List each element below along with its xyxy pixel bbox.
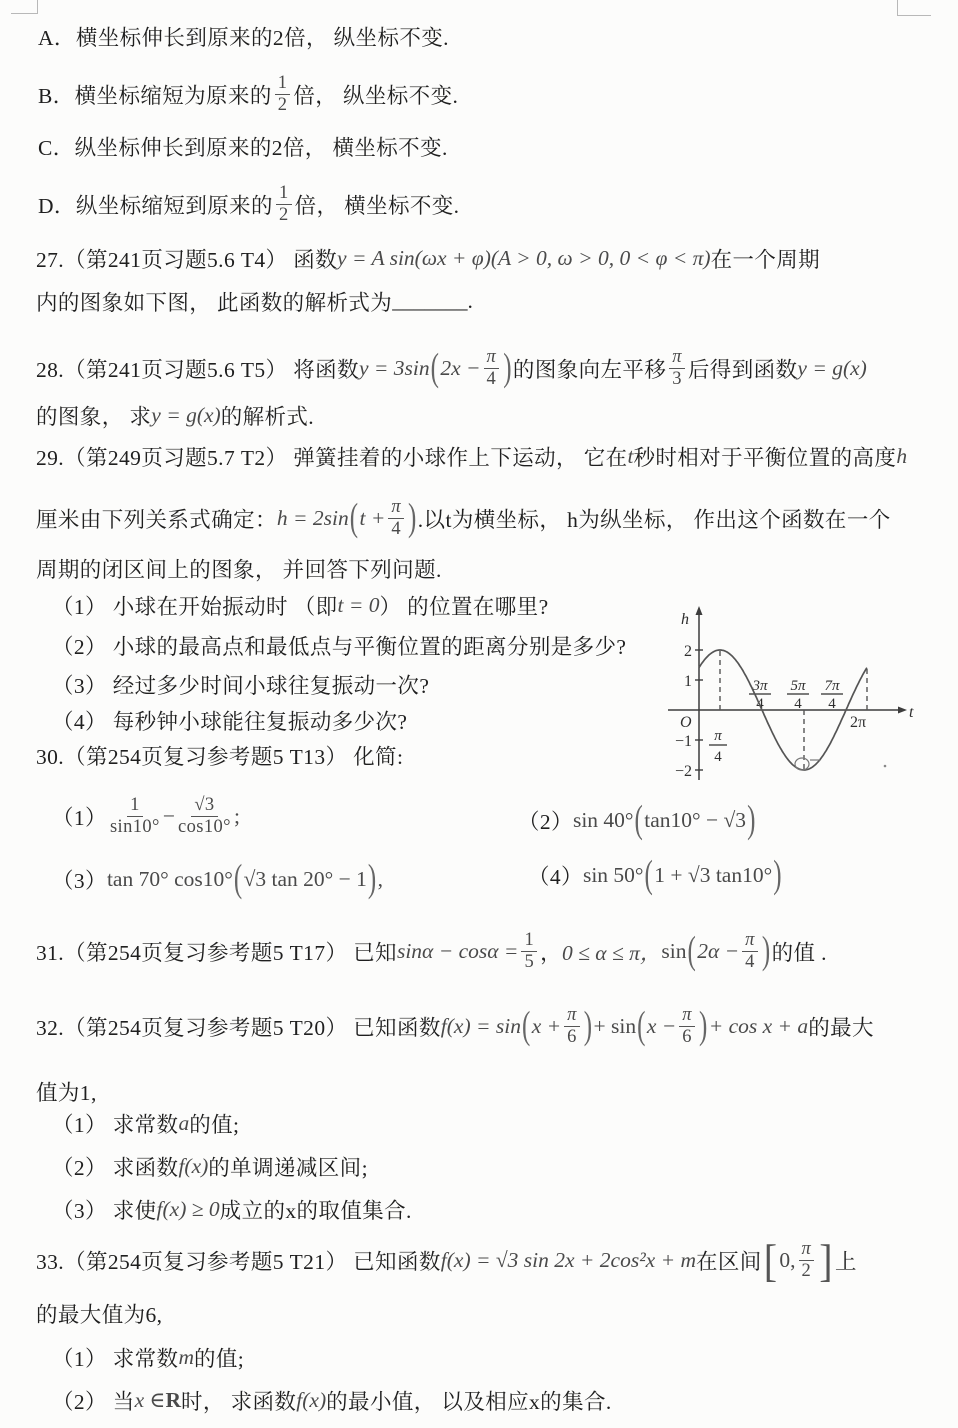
right-paren: ) (503, 347, 512, 390)
q4-text: （4） 每秒钟小球能往复振动多少次? (52, 705, 407, 736)
x-tick-5pi4-num: 5π (790, 678, 806, 694)
problem-29-question-4: （4） 每秒钟小球能往复振动多少次? (52, 705, 407, 736)
x-axis-arrow (898, 707, 907, 714)
fraction-pi-over-4: π 4 (484, 348, 500, 390)
x-tick-7pi4-num: 7π (824, 678, 840, 694)
problem-31-condition: 0 ≤ α ≤ π， (562, 936, 661, 967)
fraction-denominator: 4 (487, 369, 497, 389)
x-tick-2pi: 2π (850, 714, 866, 731)
q3-text: （3） 经过多少时间小球往复振动一次? (52, 669, 429, 700)
fraction-denominator: 5 (524, 952, 534, 972)
problem-27-head: 27.（第241页习题5.6 T4） 函数 (36, 243, 337, 274)
fraction-denominator: 4 (745, 952, 755, 972)
problem-30-item-1: （1） 1 sin10° − √3 cos10° ; (52, 796, 240, 838)
fraction-numerator: π (799, 1240, 815, 1261)
left-paren: ( (635, 799, 644, 842)
inequality-fx: f(x) ≥ 0 (157, 1197, 220, 1222)
problem-32-op1: + sin (594, 1014, 637, 1039)
right-paren: ) (584, 1005, 593, 1048)
constant-a: a (178, 1111, 189, 1136)
problem-33-tail: 上 (835, 1245, 857, 1276)
item-4-inner: 1 + √3 tan10° (654, 863, 772, 888)
problem-32-op2: + cos x + a (709, 1014, 808, 1039)
q2-text-2: 时， 求函数 (181, 1385, 296, 1416)
item-3-end: , (378, 867, 383, 892)
problem-28-line2-pre: 的图象， 求 (36, 400, 151, 431)
left-paren: ( (688, 930, 697, 973)
problem-28-line-2: 的图象， 求 y = g(x) 的解析式. (36, 400, 314, 431)
q1-text-2: 的值; (194, 1342, 244, 1373)
problem-27-line2-text: 内的图象如下图， 此函数的解析式为 (36, 286, 392, 317)
q2-text: （2） 当 (52, 1385, 135, 1416)
problem-32-head: 32.（第254页复习参考题5 T20） 已知函数 (36, 1011, 441, 1042)
scan-artifact-dot (884, 765, 887, 768)
fraction-numerator: π (484, 348, 500, 369)
item-2-inner: tan10° − √3 (644, 808, 746, 833)
problem-27-period: . (467, 289, 473, 314)
problem-32-t1-inner: x + (532, 1014, 561, 1039)
fraction-denominator: 2 (279, 205, 289, 225)
fraction-numerator: 1 (275, 74, 291, 95)
page-margin-corner-right (897, 0, 931, 16)
problem-28-mid: 的图象向左平移 (513, 353, 666, 384)
q1-text: （1） 小球在开始振动时 （即 (52, 590, 338, 621)
right-paren: ) (747, 799, 756, 842)
fraction-numerator: 1 (521, 931, 537, 952)
x-tick-pi4-num: π (714, 728, 722, 744)
y-axis-label: h (681, 611, 689, 628)
problem-33-question-2: （2） 当 x ∈ R 时， 求函数 f(x) 的最小值， 以及相应x的集合. (52, 1385, 612, 1416)
fraction-numerator: 1 (127, 796, 143, 817)
right-paren: ) (368, 858, 377, 901)
fraction-sqrt3-over-cos10: √3 cos10° (178, 796, 231, 838)
problem-28-gfun: y = g(x) (797, 356, 866, 381)
y-axis-arrow (696, 606, 703, 615)
x-axis-label: t (909, 704, 914, 721)
fraction-numerator: π (388, 498, 404, 519)
document-page: A．横坐标伸长到原来的2倍， 纵坐标不变. B．横坐标缩短为原来的 1 2 倍，… (0, 0, 958, 1428)
problem-30-item-4: （4） sin 50° ( 1 + √3 tan10° ) (528, 860, 783, 891)
problem-32-line2-text: 值为1, (36, 1076, 97, 1107)
interval-zero: 0, (779, 1248, 795, 1273)
left-paren: ( (431, 347, 440, 390)
problem-29-text-2: 秒时相对于平衡位置的高度 (634, 441, 897, 472)
problem-33-question-1: （1） 求常数 m 的值; (52, 1342, 244, 1373)
constant-m: m (178, 1345, 194, 1370)
problem-28-line-1: 28.（第241页习题5.6 T5） 将函数 y = 3sin ( 2x − π… (36, 348, 867, 390)
option-a-text: A．横坐标伸长到原来的2倍， 纵坐标不变. (38, 21, 449, 52)
problem-28-line2-post: 的解析式. (221, 400, 314, 431)
fraction-pi-over-4: π 4 (388, 498, 404, 540)
right-paren: ) (699, 1005, 708, 1048)
y-tick-1: 1 (684, 673, 692, 690)
problem-32-line-2: 值为1, (36, 1076, 97, 1107)
problem-28-formula-pre: y = 3sin (359, 356, 430, 381)
item-4-label: （4） (528, 860, 583, 891)
q3-text: （3） 求使 (52, 1194, 157, 1225)
q1-text: （1） 求常数 (52, 1108, 178, 1139)
fraction-numerator: π (564, 1006, 580, 1027)
problem-30-item-2: （2） sin 40° ( tan10° − √3 ) (518, 805, 757, 836)
problem-29-line-2: 厘米由下列关系式确定： h = 2sin ( t + π 4 ) .以t为横坐标… (36, 498, 891, 540)
function-fx: f(x) (296, 1388, 326, 1413)
x-tick-7pi4-den: 4 (828, 696, 836, 712)
problem-33-line2-text: 的最大值为6, (36, 1298, 162, 1329)
fraction-numerator: π (669, 348, 685, 369)
scan-artifact-circle (795, 758, 809, 770)
problem-28-tail: 后得到函数 (688, 353, 798, 384)
problem-33-line-2: 的最大值为6, (36, 1298, 162, 1329)
item-3-pre: tan 70° cos10° (107, 867, 233, 892)
problem-28-formula-inner: 2x − (440, 356, 480, 381)
problem-32-tail: 的最大 (808, 1011, 874, 1042)
fraction-1-over-5: 1 5 (521, 931, 537, 973)
problem-29-relation-lead: 厘米由下列关系式确定： (36, 503, 277, 534)
x-tick-pi4-den: 4 (714, 749, 722, 765)
problem-29-formula-pre: h = 2sin (277, 506, 349, 531)
function-fx: f(x) (178, 1154, 208, 1179)
left-paren: ( (234, 858, 243, 901)
q1-text: （1） 求常数 (52, 1342, 178, 1373)
problem-29-line-3: 周期的闭区间上的图象， 并回答下列问题. (36, 553, 442, 584)
y-tick-neg2: −2 (675, 763, 692, 780)
variable-h: h (896, 444, 907, 469)
q3-text-2: 成立的x的取值集合. (220, 1194, 412, 1225)
problem-29-line3-text: 周期的闭区间上的图象， 并回答下列问题. (36, 553, 442, 584)
fraction-denominator: 3 (672, 369, 682, 389)
fraction-pi-over-6: π 6 (564, 1006, 580, 1048)
comma: ， (540, 936, 562, 967)
problem-29-formula-inner: t + (360, 506, 386, 531)
fraction-denominator: 6 (567, 1027, 577, 1047)
fraction-denominator: 4 (391, 519, 401, 539)
fraction-numerator: √3 (191, 796, 217, 817)
fraction-denominator: 6 (682, 1027, 692, 1047)
problem-31-eq-pre: sinα − cosα = (397, 939, 518, 964)
q1-text-2: 的值; (189, 1108, 239, 1139)
left-paren: ( (350, 497, 359, 540)
answer-blank: _______ (392, 289, 467, 314)
fraction-pi-over-3: π 3 (669, 348, 685, 390)
right-paren: ) (762, 930, 771, 973)
problem-29-question-3: （3） 经过多少时间小球往复振动一次? (52, 669, 429, 700)
problem-30-head: 30.（第254页复习参考题5 T13） 化简: (36, 740, 403, 771)
problem-33-mid: 在区间 (696, 1245, 762, 1276)
problem-32-question-2: （2） 求函数 f(x) 的单调递减区间; (52, 1151, 368, 1182)
option-c: C．纵坐标伸长到原来的2倍， 横坐标不变. (38, 131, 448, 162)
left-bracket: [ (764, 1240, 778, 1281)
problem-33-formula: f(x) = √3 sin 2x + 2cos²x + m (441, 1248, 696, 1273)
q2-text-2: 的单调递减区间; (208, 1151, 368, 1182)
problem-27-line-1: 27.（第241页习题5.6 T4） 函数 y = A sin(ωx + φ)(… (36, 243, 820, 274)
left-paren: ( (637, 1005, 646, 1048)
problem-30-head-text: 30.（第254页复习参考题5 T13） 化简: (36, 740, 403, 771)
problem-29-line2-post: .以t为横坐标， h为纵坐标， 作出这个函数在一个 (418, 503, 891, 534)
fraction-pi-over-2: π 2 (799, 1240, 815, 1282)
q2-text-3: 的最小值， 以及相应x的集合. (326, 1385, 612, 1416)
ball-motion-graph: h t O 2 1 −1 −2 π 4 3π 4 5π 4 7π 4 2π (652, 598, 958, 792)
problem-30-item-3: （3） tan 70° cos10° ( √3 tan 20° − 1 ) , (52, 864, 383, 895)
problem-32-question-3: （3） 求使 f(x) ≥ 0 成立的x的取值集合. (52, 1194, 412, 1225)
right-paren: ) (408, 497, 417, 540)
problem-32-line-1: 32.（第254页复习参考题5 T20） 已知函数 f(x) = sin ( x… (36, 1006, 874, 1048)
option-d-text: D．纵坐标缩短到原来的 (38, 189, 273, 220)
fraction-numerator: π (742, 931, 758, 952)
x-in: x ∈ (135, 1388, 166, 1413)
problem-31-head: 31.（第254页复习参考题5 T17） 已知 (36, 936, 397, 967)
left-paren: ( (645, 854, 654, 897)
q1-text-2: ） 的位置在哪里? (380, 590, 549, 621)
problem-31-sin-pre: sin (661, 939, 686, 964)
problem-33-head: 33.（第254页复习参考题5 T21） 已知函数 (36, 1245, 441, 1276)
problem-29-question-1: （1） 小球在开始振动时 （即 t = 0 ） 的位置在哪里? (52, 590, 549, 621)
set-R-symbol: R (165, 1388, 181, 1413)
item-3-label: （3） (52, 864, 107, 895)
problem-31-tail: 的值 . (772, 936, 827, 967)
fraction-1-over-sin10: 1 sin10° (110, 796, 160, 838)
fraction-one-half: 1 2 (275, 74, 291, 116)
x-tick-5pi4-den: 4 (794, 696, 802, 712)
q2-text: （2） 小球的最高点和最低点与平衡位置的距离分别是多少? (52, 630, 626, 661)
q1-math: t = 0 (338, 593, 380, 618)
option-a: A．横坐标伸长到原来的2倍， 纵坐标不变. (38, 21, 449, 52)
fraction-pi-over-6: π 6 (679, 1006, 695, 1048)
fraction-denominator: 2 (802, 1261, 812, 1281)
fraction-pi-over-4: π 4 (742, 931, 758, 973)
problem-33-line-1: 33.（第254页复习参考题5 T21） 已知函数 f(x) = √3 sin … (36, 1240, 857, 1282)
option-d: D．纵坐标缩短到原来的 1 2 倍， 横坐标不变. (38, 184, 459, 226)
problem-27-line-2: 内的图象如下图， 此函数的解析式为 _______ . (36, 286, 473, 317)
fraction-denominator: sin10° (110, 817, 160, 837)
option-b: B．横坐标缩短为原来的 1 2 倍， 纵坐标不变. (38, 74, 458, 116)
problem-32-t2-inner: x − (647, 1014, 676, 1039)
option-b-text: B．横坐标缩短为原来的 (38, 79, 272, 110)
option-b-text-2: 倍， 纵坐标不变. (293, 79, 458, 110)
y-tick-2: 2 (684, 643, 692, 660)
y-tick-neg1: −1 (675, 733, 692, 750)
item-3-inner: √3 tan 20° − 1 (244, 867, 367, 892)
origin-label: O (680, 714, 692, 731)
fraction-numerator: π (679, 1006, 695, 1027)
right-bracket: ] (819, 1240, 833, 1281)
problem-27-formula: y = A sin(ωx + φ)(A > 0, ω > 0, 0 < φ < … (337, 246, 711, 271)
right-paren: ) (773, 854, 782, 897)
fraction-one-half: 1 2 (276, 184, 292, 226)
option-c-text: C．纵坐标伸长到原来的2倍， 横坐标不变. (38, 131, 448, 162)
option-d-text-2: 倍， 横坐标不变. (295, 189, 460, 220)
ball-graph-svg: h t O 2 1 −1 −2 π 4 3π 4 5π 4 7π 4 2π (652, 598, 958, 792)
fraction-denominator: 2 (278, 95, 288, 115)
q2-text: （2） 求函数 (52, 1151, 178, 1182)
item-1-end: ; (234, 804, 240, 829)
problem-28-head: 28.（第241页习题5.6 T5） 将函数 (36, 353, 359, 384)
problem-29-question-2: （2） 小球的最高点和最低点与平衡位置的距离分别是多少? (52, 630, 626, 661)
problem-29-text-1: 29.（第249页习题5.7 T2） 弹簧挂着的小球作上下运动， 它在 (36, 441, 628, 472)
problem-27-tail: 在一个周期 (711, 243, 821, 274)
item-1-label: （1） (52, 801, 107, 832)
minus-sign: − (163, 804, 175, 829)
item-4-pre: sin 50° (583, 863, 644, 888)
item-2-label: （2） (518, 805, 573, 836)
item-2-pre: sin 40° (573, 808, 634, 833)
page-margin-corner-left (11, 0, 38, 14)
problem-28-gfun-2: y = g(x) (151, 403, 220, 428)
fraction-denominator: cos10° (178, 817, 231, 837)
problem-31-sin-inner: 2α − (697, 939, 739, 964)
problem-29-line-1: 29.（第249页习题5.7 T2） 弹簧挂着的小球作上下运动， 它在 t 秒时… (36, 441, 907, 472)
problem-32-question-1: （1） 求常数 a 的值; (52, 1108, 239, 1139)
problem-31-line: 31.（第254页复习参考题5 T17） 已知 sinα − cosα = 1 … (36, 931, 827, 973)
problem-32-f-pre: f(x) = sin (441, 1014, 521, 1039)
left-paren: ( (522, 1005, 531, 1048)
fraction-numerator: 1 (276, 184, 292, 205)
